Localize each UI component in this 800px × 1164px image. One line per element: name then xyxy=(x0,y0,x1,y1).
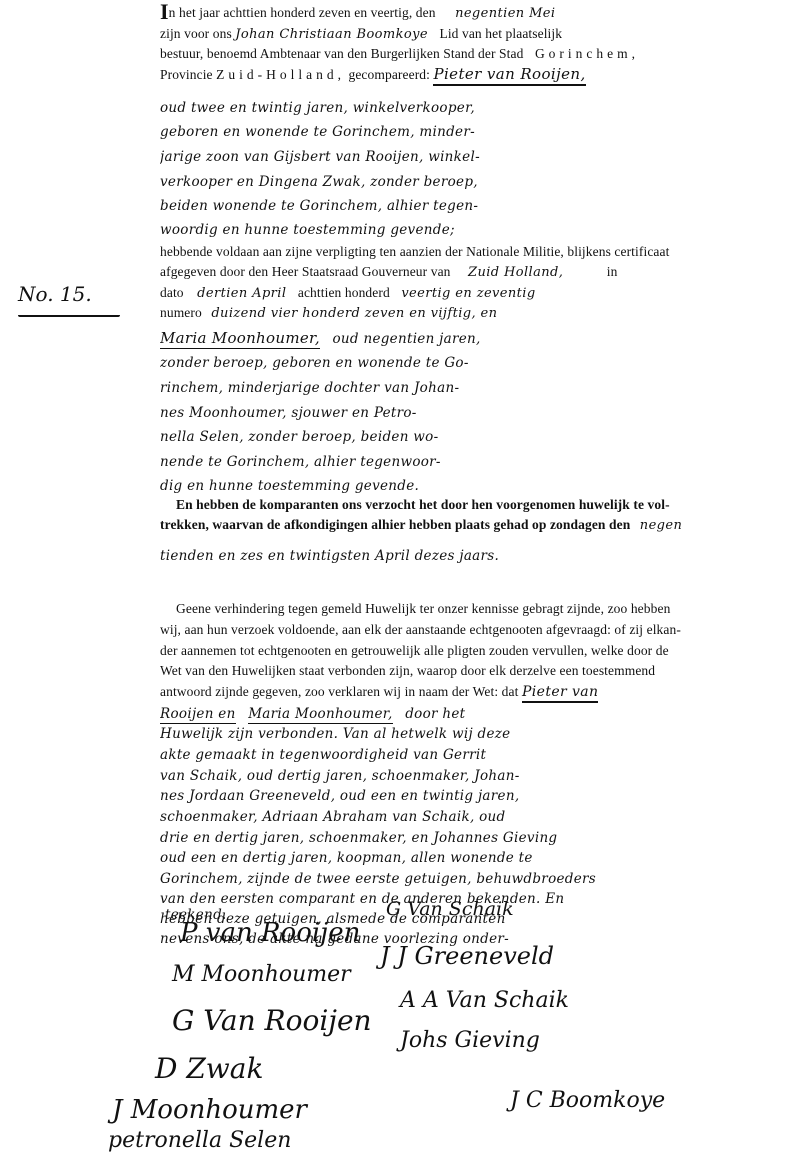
bride-details-line: nende te Gorinchem, alhier tegenwoor- xyxy=(160,452,760,472)
bride-details-line: nes Moonhoumer, sjouwer en Petro- xyxy=(160,403,760,423)
witness-line: nes Jordaan Greeneveld, oud een en twint… xyxy=(160,786,760,806)
date-handwritten: negentien Mei xyxy=(455,6,555,21)
witness-line: van Schaik, oud dertig jaren, schoenmake… xyxy=(160,766,760,786)
para1-line2: zijn voor ons Johan Christiaan Boomkoye … xyxy=(160,25,562,44)
city-name: Gorinchem, xyxy=(535,46,639,61)
bride-name: Maria Moonhoumer, xyxy=(160,329,320,349)
drop-cap: I xyxy=(160,0,169,24)
para1-line3: bestuur, benoemd Ambtenaar van den Burge… xyxy=(160,45,639,63)
bride-details-line: zonder beroep, geboren en wonende te Go- xyxy=(160,353,760,373)
record-number-underline xyxy=(18,315,120,317)
groom-details-line: jarige zoon van Gijsbert van Rooijen, wi… xyxy=(160,147,760,167)
witness-line: akte gemaakt in tegenwoordigheid van Ger… xyxy=(160,745,760,765)
groom-details-line: geboren en wonende te Gorinchem, minder- xyxy=(160,122,760,142)
para1-line1: In het jaar achttien honderd zeven en ve… xyxy=(160,4,555,23)
signature-bride-mother: petronella Selen xyxy=(108,1128,291,1153)
para4-line4: Wet van den Huwelijken staat verbonden z… xyxy=(160,662,655,680)
couple-names-line: Rooijen en Maria Moonhoumer, door het xyxy=(160,704,760,724)
bride-details-line: rinchem, minderjarige dochter van Johan- xyxy=(160,378,760,398)
signature-witness: G Van Schaik xyxy=(386,898,514,920)
groom-details-line: woordig en hunne toestemming gevende; xyxy=(160,220,760,240)
groom-details-line: beiden wonende te Gorinchem, alhier tege… xyxy=(160,196,760,216)
para3-line2: trekken, waarvan de afkondigingen alhier… xyxy=(160,516,682,535)
groom-name: Pieter van Rooijen, xyxy=(433,65,585,86)
para2-line4: numero duizend vier honderd zeven en vij… xyxy=(160,304,497,323)
witness-line: drie en dertig jaren, schoenmaker, en Jo… xyxy=(160,828,760,848)
signature-witness: Johs Gieving xyxy=(400,1028,540,1053)
signature-groom: P van Rooijen xyxy=(180,918,360,948)
signature-witness: A A Van Schaik xyxy=(400,988,569,1013)
para4-line3: der aannemen tot echtgenooten en getrouw… xyxy=(160,642,669,660)
province-handwritten: Zuid Holland, xyxy=(468,265,563,280)
witness-line: schoenmaker, Adriaan Abraham van Schaik,… xyxy=(160,807,760,827)
para3-line1: En hebben de komparanten ons verzocht he… xyxy=(176,496,670,514)
para2-line3: dato dertien April achttien honderd veer… xyxy=(160,284,536,303)
document-page: No. 15. In het jaar achttien honderd zev… xyxy=(0,0,800,1164)
certificate-number: duizend vier honderd zeven en vijftig, e… xyxy=(211,306,497,321)
certificate-year: veertig en zeventig xyxy=(401,286,535,301)
signature-groom-father: G Van Rooijen xyxy=(172,1004,372,1037)
para4-line2: wij, aan hun verzoek voldoende, aan elk … xyxy=(160,621,681,639)
witness-line: oud een en dertig jaren, koopman, allen … xyxy=(160,848,760,868)
para2-line2: afgegeven door den Heer Staatsraad Gouve… xyxy=(160,263,617,282)
certificate-date: dertien April xyxy=(197,286,286,301)
groom-details-line: verkooper en Dingena Zwak, zonder beroep… xyxy=(160,172,760,192)
groom-details-line: oud twee en twintig jaren, winkelverkoop… xyxy=(160,98,760,118)
witness-line: Huwelijk zijn verbonden. Van al hetwelk … xyxy=(160,724,760,744)
signature-official: J C Boomkoye xyxy=(510,1088,665,1113)
witness-line: Gorinchem, zijnde de twee eerste getuige… xyxy=(160,869,760,889)
bride-details-line: nella Selen, zonder beroep, beiden wo- xyxy=(160,427,760,447)
signature-bride-father: J Moonhoumer xyxy=(112,1095,307,1125)
record-number: No. 15. xyxy=(18,282,92,306)
bride-line: Maria Moonhoumer, oud negentien jaren, xyxy=(160,328,760,349)
official-name: Johan Christiaan Boomkoye xyxy=(235,27,428,42)
signature-witness: J J Greeneveld xyxy=(380,942,554,970)
para2-line1: hebbende voldaan aan zijne verpligting t… xyxy=(160,243,669,261)
bride-details-line: dig en hunne toestemming gevende. xyxy=(160,476,760,496)
para4-line5: antwoord zijnde gegeven, zoo verklaren w… xyxy=(160,683,598,701)
signature-groom-mother: D Zwak xyxy=(155,1052,263,1085)
para4-line1: Geene verhindering tegen gemeld Huwelijk… xyxy=(176,600,670,618)
para1-line4: Provincie Zuid-Holland, gecompareerd: Pi… xyxy=(160,65,586,84)
signature-bride: M Moonhoumer xyxy=(172,962,351,987)
banns-dates: tienden en zes en twintigsten April deze… xyxy=(160,546,760,566)
province-name: Zuid-Holland, xyxy=(216,67,345,82)
